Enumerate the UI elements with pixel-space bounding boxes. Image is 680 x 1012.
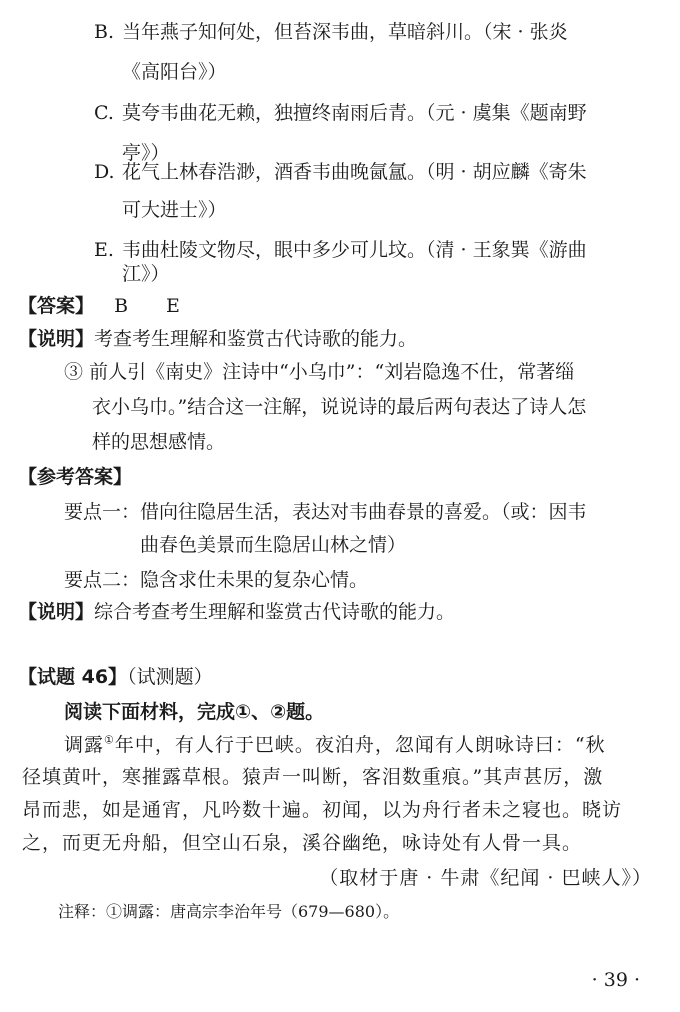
passage-source: （取材于唐 · 牛肃《纪闻 · 巴峡人》） [319,866,652,890]
explanation-tag: 【说明】 [18,328,94,350]
option-label: E. [94,238,122,262]
passage-line: 径填黄叶，寒摧露草根。猿声一叫断，客泪数重痕。”其声甚厉，激 [22,765,603,789]
point-one-label: 要点一： [64,501,140,523]
explanation-tag: 【说明】 [18,601,94,623]
question-text-cont: 样的思想感情。 [92,430,225,454]
question-46-instruction: 阅读下面材料，完成①、②题。 [64,700,324,724]
question-46-type: （试测题） [127,666,213,688]
option-text: 韦曲杜陵文物尽，眼中多少可儿坟。（清 · 王象巽《游曲 [122,239,587,261]
option-text: 莫夸韦曲花无赖，独擅终南雨后青。（元 · 虞集《题南野 [122,102,587,124]
point-two-label: 要点二： [64,569,140,591]
passage-line: 年中，有人行于巴峡。夜泊舟，忽闻有人朗咏诗曰：“秋 [115,734,606,756]
option-text: 当年燕子知何处，但苔深韦曲，草暗斜川。（宋 · 张炎 [122,21,568,43]
question-46-tag: 【试题 46】 [18,666,127,688]
passage-start: 调露 [64,734,104,756]
question-number: ③ [64,361,83,383]
answer-row: 【答案】 B E [18,294,180,318]
point-two: 要点二：隐含求仕未果的复杂心情。 [64,568,368,592]
option-label: B. [94,20,122,44]
option-label: D. [94,160,122,184]
answer-values: B E [114,295,180,317]
option-text-cont: 江》） [122,262,170,286]
page-number: · 39 · [592,968,640,992]
point-one-text: 借向往隐居生活，表达对韦曲春景的喜爱。（或：因韦 [140,501,587,523]
explanation-row: 【说明】考查考生理解和鉴赏古代诗歌的能力。 [18,327,417,351]
option-label: C. [94,101,122,125]
explanation-text: 综合考查考生理解和鉴赏古代诗歌的能力。 [94,601,455,623]
reference-answer-tag: 【参考答案】 [18,465,132,489]
footnote: 注释：①调露：唐高宗李治年号（679—680）。 [58,900,399,924]
question-text: 前人引《南史》注诗中“小乌巾”：“刘岩隐逸不仕，常著缁 [89,361,574,383]
point-two-text: 隐含求仕未果的复杂心情。 [140,569,368,591]
question-46-header: 【试题 46】（试测题） [18,665,213,689]
question-text-cont: 衣小乌巾。”结合这一注解，说说诗的最后两句表达了诗人怎 [92,395,586,419]
footnote-marker: ① [104,734,115,747]
point-one-cont: 曲春色美景而生隐居山林之情） [140,533,406,557]
option-text-cont: 《高阳台》） [122,60,227,84]
passage-line: 之，而更无舟船，但空山石泉，溪谷幽绝，咏诗处有人骨一具。 [22,831,582,855]
explanation-text: 考查考生理解和鉴赏古代诗歌的能力。 [94,328,417,350]
passage-line: 昂而悲，如是通宵，凡吟数十遍。初闻，以为舟行者未之寝也。晓访 [22,798,622,822]
option-text-cont: 可大进士》） [122,198,227,222]
answer-tag: 【答案】 [18,295,94,317]
explanation-row-2: 【说明】综合考查考生理解和鉴赏古代诗歌的能力。 [18,600,455,624]
point-one: 要点一：借向往隐居生活，表达对韦曲春景的喜爱。（或：因韦 [64,500,587,524]
option-text: 花气上林春浩渺，酒香韦曲晚氤氲。（明 · 胡应麟《寄朱 [122,161,587,183]
